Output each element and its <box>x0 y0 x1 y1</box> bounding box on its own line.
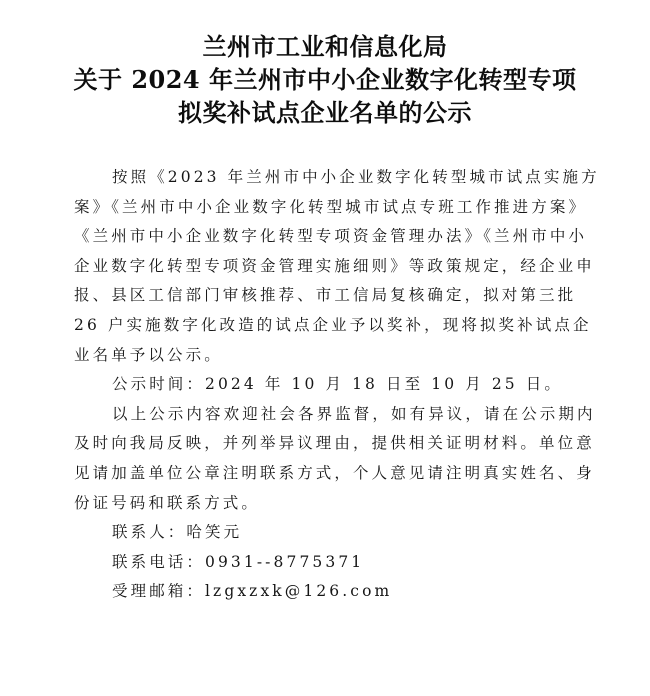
text-line: 份证号码和联系方式。 <box>74 489 594 519</box>
text-line: 26 户实施数字化改造的试点企业予以奖补，现将拟奖补试点企 <box>74 311 594 341</box>
title-subject: 关于 2024 年兰州市中小企业数字化转型专项 <box>0 63 650 96</box>
notice-title: 兰州市工业和信息化局 关于 2024 年兰州市中小企业数字化转型专项 拟奖补试点… <box>0 30 650 129</box>
contact-phone: 联系电话：0931--8775371 <box>74 548 594 578</box>
text-line: 按照《2023 年兰州市中小企业数字化转型城市试点实施方 <box>74 163 594 193</box>
notice-body: 按照《2023 年兰州市中小企业数字化转型城市试点实施方 案》《兰州市中小企业数… <box>74 163 594 607</box>
contact-info: 联系人：哈笑元 联系电话：0931--8775371 受理邮箱：lzgxzxk@… <box>74 518 594 607</box>
text-line: 见请加盖单位公章注明联系方式，个人意见请注明真实姓名、身 <box>74 459 594 489</box>
paragraph-policy-basis: 按照《2023 年兰州市中小企业数字化转型城市试点实施方 案》《兰州市中小企业数… <box>74 163 594 370</box>
text-line: 以上公示内容欢迎社会各界监督，如有异议，请在公示期内 <box>74 400 594 430</box>
text-line: 案》《兰州市中小企业数字化转型城市试点专班工作推进方案》 <box>74 193 594 223</box>
document-page: 兰州市工业和信息化局 关于 2024 年兰州市中小企业数字化转型专项 拟奖补试点… <box>0 0 650 696</box>
text-line: 报、县区工信部门审核推荐、市工信局复核确定，拟对第三批 <box>74 281 594 311</box>
title-issuer: 兰州市工业和信息化局 <box>0 30 650 63</box>
title-subject-cont: 拟奖补试点企业名单的公示 <box>0 96 650 129</box>
text-line: 企业数字化转型专项资金管理实施细则》等政策规定，经企业申 <box>74 252 594 282</box>
notice-period-text: 公示时间：2024 年 10 月 18 日至 10 月 25 日。 <box>74 370 594 400</box>
paragraph-objection-info: 以上公示内容欢迎社会各界监督，如有异议，请在公示期内 及时向我局反映，并列举异议… <box>74 400 594 518</box>
text-line: 及时向我局反映，并列举异议理由，提供相关证明材料。单位意 <box>74 429 594 459</box>
contact-person: 联系人：哈笑元 <box>74 518 594 548</box>
text-line: 业名单予以公示。 <box>74 341 594 371</box>
text-line: 《兰州市中小企业数字化转型专项资金管理办法》《兰州市中小 <box>74 222 594 252</box>
paragraph-notice-period: 公示时间：2024 年 10 月 18 日至 10 月 25 日。 <box>74 370 594 400</box>
contact-email: 受理邮箱：lzgxzxk@126.com <box>74 577 594 607</box>
